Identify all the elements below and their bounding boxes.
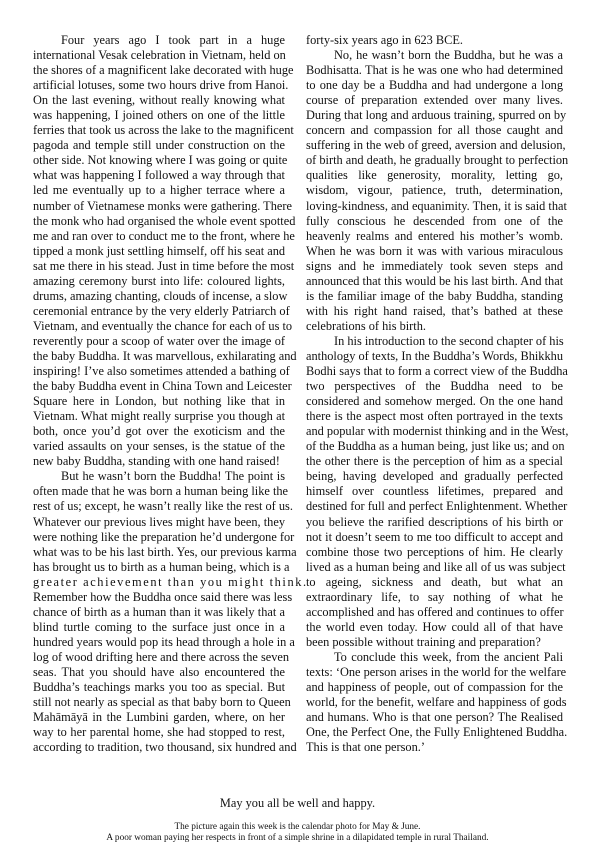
text-line: me and ran over to conduct me to the fro… <box>33 229 285 244</box>
text-line: you believe the rarified descriptions of… <box>306 515 563 530</box>
text-line: inspiring! I’ve also sometimes attended … <box>33 364 285 379</box>
text-line: texts: ‘One person arises in the world f… <box>306 665 563 680</box>
text-line: Four years ago I took part in a huge <box>33 33 285 48</box>
text-line: Vietnam. What might really surprise you … <box>33 409 285 424</box>
text-line: accomplished and has offered and continu… <box>306 605 563 620</box>
text-line: concern and compassion for all those cau… <box>306 123 563 138</box>
text-line: the other there is the perception of him… <box>306 454 563 469</box>
text-line: there is the aspect most often portrayed… <box>306 409 563 424</box>
text-line: qualities like generosity, morality, let… <box>306 168 563 183</box>
text-line: combine those two perceptions of him. He… <box>306 545 563 560</box>
text-line: heavenly realms and entered his mother’s… <box>306 229 563 244</box>
text-line: still not nearly as special as that baby… <box>33 695 285 710</box>
text-line: anthology of texts, In the Buddha’s Word… <box>306 349 563 364</box>
text-line: celebrations of his birth. <box>306 319 563 334</box>
right-column: forty-six years ago in 623 BCE.No, he wa… <box>306 33 563 755</box>
text-line: is the familiar image of the baby Buddha… <box>306 289 563 304</box>
text-line: and happiness of people, out of compassi… <box>306 680 563 695</box>
text-line: way to her parental home, she had stoppe… <box>33 725 285 740</box>
text-line: artificial lotuses, some two hours drive… <box>33 78 285 93</box>
text-line: reverently pour a scoop of water over th… <box>33 334 285 349</box>
text-line: ceremonial entrance by the very elderly … <box>33 304 285 319</box>
text-line: number of Vietnamese monks were gatherin… <box>33 199 285 214</box>
text-line: Whatever our previous lives might have b… <box>33 515 285 530</box>
text-line: other side. Not knowing where I was goin… <box>33 153 285 168</box>
text-line: Remember how the Buddha once said there … <box>33 590 285 605</box>
text-line: blind turtle coming to the surface just … <box>33 620 285 635</box>
text-line: was happening, I joined others on one of… <box>33 108 285 123</box>
text-line: greater achievement than you might think… <box>33 575 285 590</box>
text-line: led me eventually up to a higher terrace… <box>33 183 285 198</box>
text-line: world, for the benefit, welfare and happ… <box>306 695 563 710</box>
text-line: Buddha’s teachings marks you too as spec… <box>33 680 285 695</box>
text-line: During that long and arduous training, s… <box>306 108 563 123</box>
text-line: and humans. Who is that one person? The … <box>306 710 563 725</box>
text-line: destined for full and perfect Enlightenm… <box>306 499 563 514</box>
text-line: the shores of a magnificent lake decorat… <box>33 63 285 78</box>
text-line: Bodhisatta. That is he was one who had d… <box>306 63 563 78</box>
text-line: been possible without training and prepa… <box>306 635 563 650</box>
text-line: both, once you’d got over the exoticism … <box>33 424 285 439</box>
text-line: amazing ceremony burst into life: colour… <box>33 274 285 289</box>
text-line: the baby Buddha event in China Town and … <box>33 379 285 394</box>
text-line: with his right hand raised, that’s bathe… <box>306 304 563 319</box>
text-line: signs and he immediately took seven step… <box>306 259 563 274</box>
text-line: drums, amazing chanting, clouds of incen… <box>33 289 285 304</box>
caption-line-2: A poor woman paying her respects in fron… <box>0 833 595 842</box>
text-line: being, having developed and gradually pe… <box>306 469 563 484</box>
text-line: to ageing, sickness and death, but what … <box>306 575 563 590</box>
text-line: In his introduction to the second chapte… <box>306 334 563 349</box>
text-line: pagoda and temple still under constructi… <box>33 138 285 153</box>
text-line: suffering in the web of greed, aversion … <box>306 138 563 153</box>
text-line: ferries that took us across the lake to … <box>33 123 285 138</box>
text-line: But he wasn’t born the Buddha! The point… <box>33 469 285 484</box>
text-line: forty-six years ago in 623 BCE. <box>306 33 563 48</box>
text-line: what was happening I followed a way thro… <box>33 168 285 183</box>
text-line: sat me there in his stead. Just in time … <box>33 259 285 274</box>
text-line: log of wood drifting here and there acro… <box>33 650 285 665</box>
text-line: One, the Perfect One, the Fully Enlighte… <box>306 725 563 740</box>
text-line: of the Buddha as a human being, just lik… <box>306 439 563 454</box>
caption-line-1: The picture again this week is the calen… <box>0 822 595 833</box>
text-line: This is that one person.’ <box>306 740 563 755</box>
text-line: Vietnam, and eventually the chance for e… <box>33 319 285 334</box>
text-line: and popular with modernist thinking and … <box>306 424 563 439</box>
closing-blessing: May you all be well and happy. <box>0 796 595 811</box>
text-line: considered and somehow merged. On the on… <box>306 394 563 409</box>
text-line: what was to be his last birth. Yes, our … <box>33 545 285 560</box>
text-line: two perspectives of the Buddha need to b… <box>306 379 563 394</box>
text-line: course of preparation extended over many… <box>306 93 563 108</box>
text-line: hundred years would pop its head through… <box>33 635 285 650</box>
text-line: wisdom, vigour, patience, truth, determi… <box>306 183 563 198</box>
text-line: international Vesak celebration in Vietn… <box>33 48 285 63</box>
text-line: loving-kindness, and equanimity. Then, i… <box>306 199 563 214</box>
text-line: fully conscious he descended from one of… <box>306 214 563 229</box>
left-column: Four years ago I took part in a hugeinte… <box>33 33 285 755</box>
text-line: On the last evening, without really know… <box>33 93 285 108</box>
text-line: Mahāmāyā in the Lumbini garden, where, o… <box>33 710 285 725</box>
text-line: the baby Buddha. It was marvellous, exhi… <box>33 349 285 364</box>
text-line: tipped a monk just settling himself, off… <box>33 244 285 259</box>
text-line: himself over countless lifetimes, prepar… <box>306 484 563 499</box>
text-line: Bodhi says that to form a correct view o… <box>306 364 563 379</box>
text-line: not it doesn’t seem to me too difficult … <box>306 530 563 545</box>
text-line: often made that he was born a human bein… <box>33 484 285 499</box>
text-line: the world even today. How could all of t… <box>306 620 563 635</box>
text-line: new baby Buddha, standing with one hand … <box>33 454 285 469</box>
text-line: the monk who had organised the whole eve… <box>33 214 285 229</box>
text-line: rest of us; except, he wasn’t really lik… <box>33 499 285 514</box>
text-line: of birth and death, he gradually brought… <box>306 153 563 168</box>
text-line: chance of birth as a human than it was l… <box>33 605 285 620</box>
text-line: lived as a human being and like all of u… <box>306 560 563 575</box>
text-line: has brought us to birth as a human being… <box>33 560 285 575</box>
text-line: No, he wasn’t born the Buddha, but he wa… <box>306 48 563 63</box>
photo-caption: The picture again this week is the calen… <box>0 822 595 842</box>
text-line: announced that this would be his last bi… <box>306 274 563 289</box>
text-line: according to tradition, two thousand, si… <box>33 740 285 755</box>
text-line: seas. That you should have also encounte… <box>33 665 285 680</box>
text-line: were nothing like the preparation he’d u… <box>33 530 285 545</box>
text-line: Square here in London, but nothing like … <box>33 394 285 409</box>
text-line: to one day be a Buddha and had undergone… <box>306 78 563 93</box>
text-line: When he was born it was with various mir… <box>306 244 563 259</box>
text-line: varied assaults on your senses, is the s… <box>33 439 285 454</box>
text-line: To conclude this week, from the ancient … <box>306 650 563 665</box>
text-line: extraordinary life, to say nothing of wh… <box>306 590 563 605</box>
